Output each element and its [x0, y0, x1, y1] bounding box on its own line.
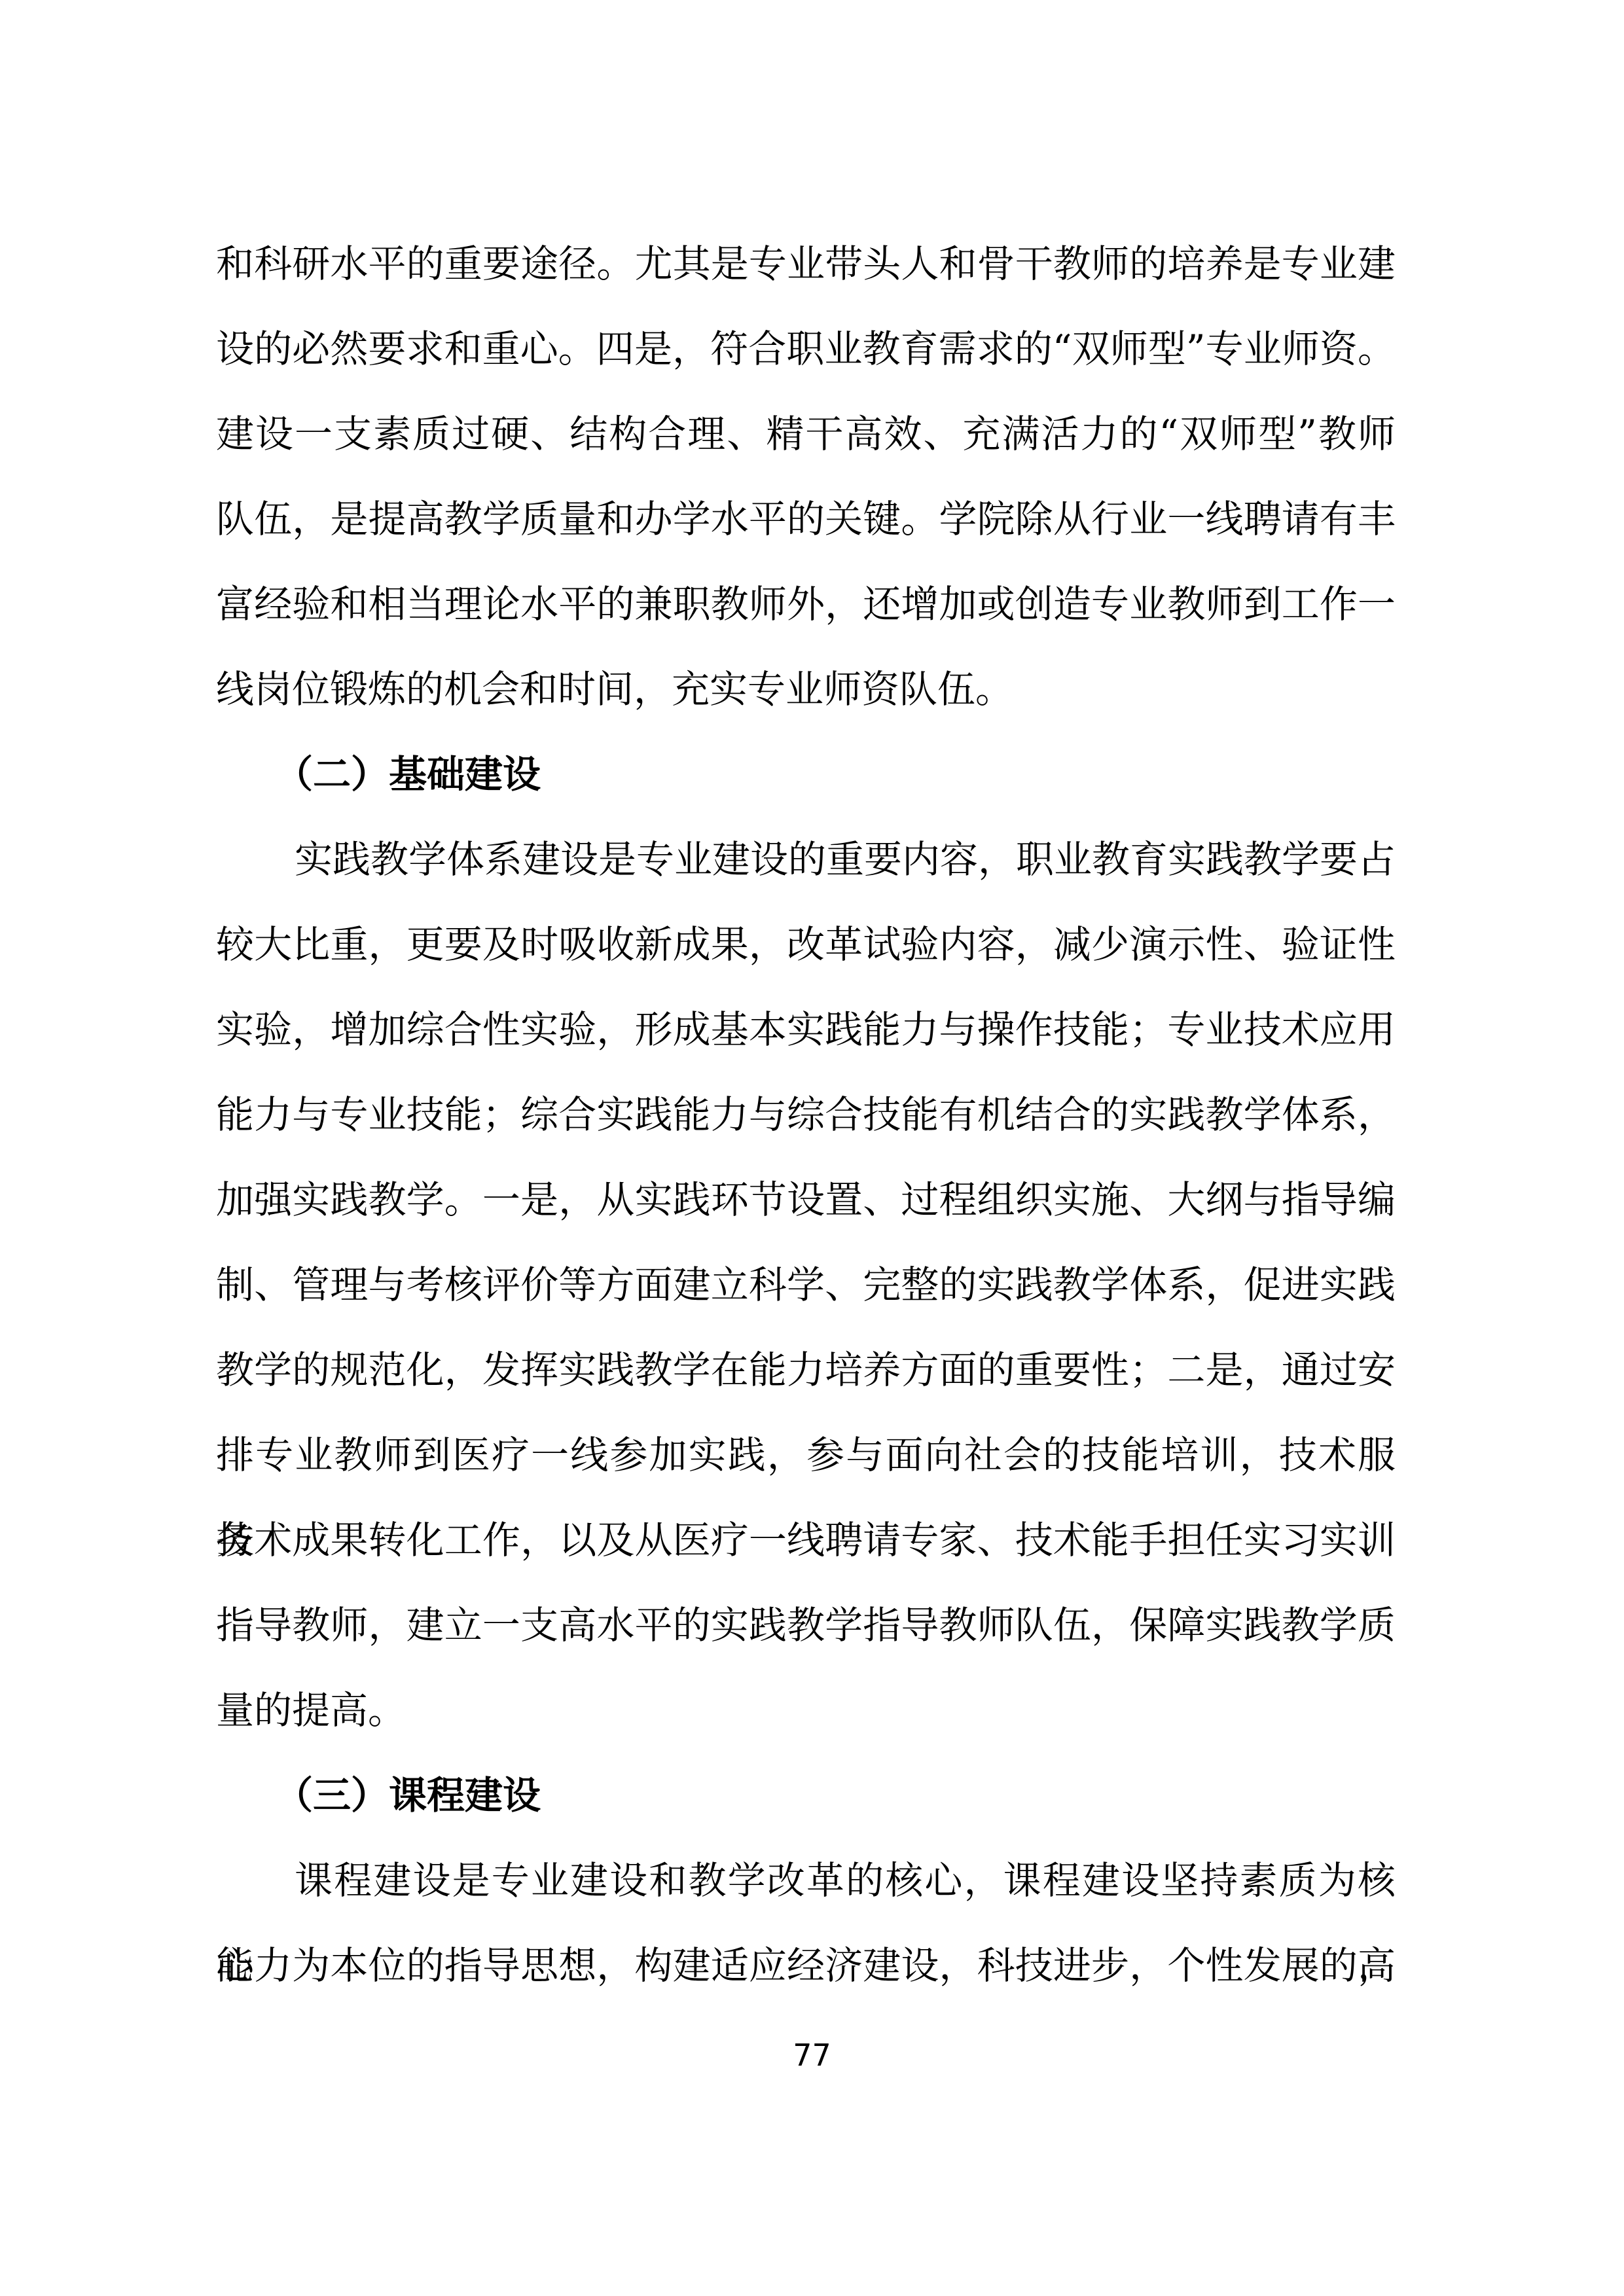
body-line: 课程建设是专业建设和教学改革的核心，课程建设坚持素质为核心，	[216, 1838, 1396, 1923]
page-footer: 77	[0, 2034, 1624, 2076]
document-page: 和科研水平的重要途径。尤其是专业带头人和骨干教师的培养是专业建 设的必然要求和重…	[0, 0, 1624, 2296]
body-line: 线岗位锻炼的机会和时间，充实专业师资队伍。	[216, 647, 1396, 732]
body-line: 能力为本位的指导思想，构建适应经济建设，科技进步，个性发展的高	[216, 1923, 1396, 2008]
body-line: 制、管理与考核评价等方面建立科学、完整的实践教学体系，促进实践	[216, 1242, 1396, 1327]
body-line: 加强实践教学。一是，从实践环节设置、过程组织实施、大纲与指导编	[216, 1157, 1396, 1242]
body-line: 实验，增加综合性实验，形成基本实践能力与操作技能；专业技术应用	[216, 987, 1396, 1072]
page-number: 77	[793, 2037, 831, 2073]
body-line: 能力与专业技能；综合实践能力与综合技能有机结合的实践教学体系，	[216, 1072, 1396, 1157]
body-line: 实践教学体系建设是专业建设的重要内容，职业教育实践教学要占	[216, 817, 1396, 902]
text-body: 和科研水平的重要途径。尤其是专业带头人和骨干教师的培养是专业建 设的必然要求和重…	[216, 221, 1396, 2008]
body-line: 指导教师，建立一支高水平的实践教学指导教师队伍，保障实践教学质	[216, 1583, 1396, 1668]
body-line: 队伍，是提高教学质量和办学水平的关键。学院除从行业一线聘请有丰	[216, 476, 1396, 562]
body-line: 建设一支素质过硬、结构合理、精干高效、充满活力的“双师型”教师	[216, 391, 1396, 476]
body-line: 技术成果转化工作，以及从医疗一线聘请专家、技术能手担任实习实训	[216, 1498, 1396, 1583]
body-line: 和科研水平的重要途径。尤其是专业带头人和骨干教师的培养是专业建	[216, 221, 1396, 306]
body-line: 排专业教师到医疗一线参加实践，参与面向社会的技能培训，技术服务、	[216, 1412, 1396, 1498]
body-line: 较大比重，更要及时吸收新成果，改革试验内容，减少演示性、验证性	[216, 902, 1396, 987]
body-line: 富经验和相当理论水平的兼职教师外，还增加或创造专业教师到工作一	[216, 562, 1396, 647]
section-heading: （二）基础建设	[216, 732, 1396, 817]
body-line: 教学的规范化，发挥实践教学在能力培养方面的重要性；二是，通过安	[216, 1327, 1396, 1412]
section-heading: （三）课程建设	[216, 1753, 1396, 1838]
body-line: 设的必然要求和重心。四是，符合职业教育需求的“双师型”专业师资。	[216, 306, 1396, 391]
body-line: 量的提高。	[216, 1668, 1396, 1753]
